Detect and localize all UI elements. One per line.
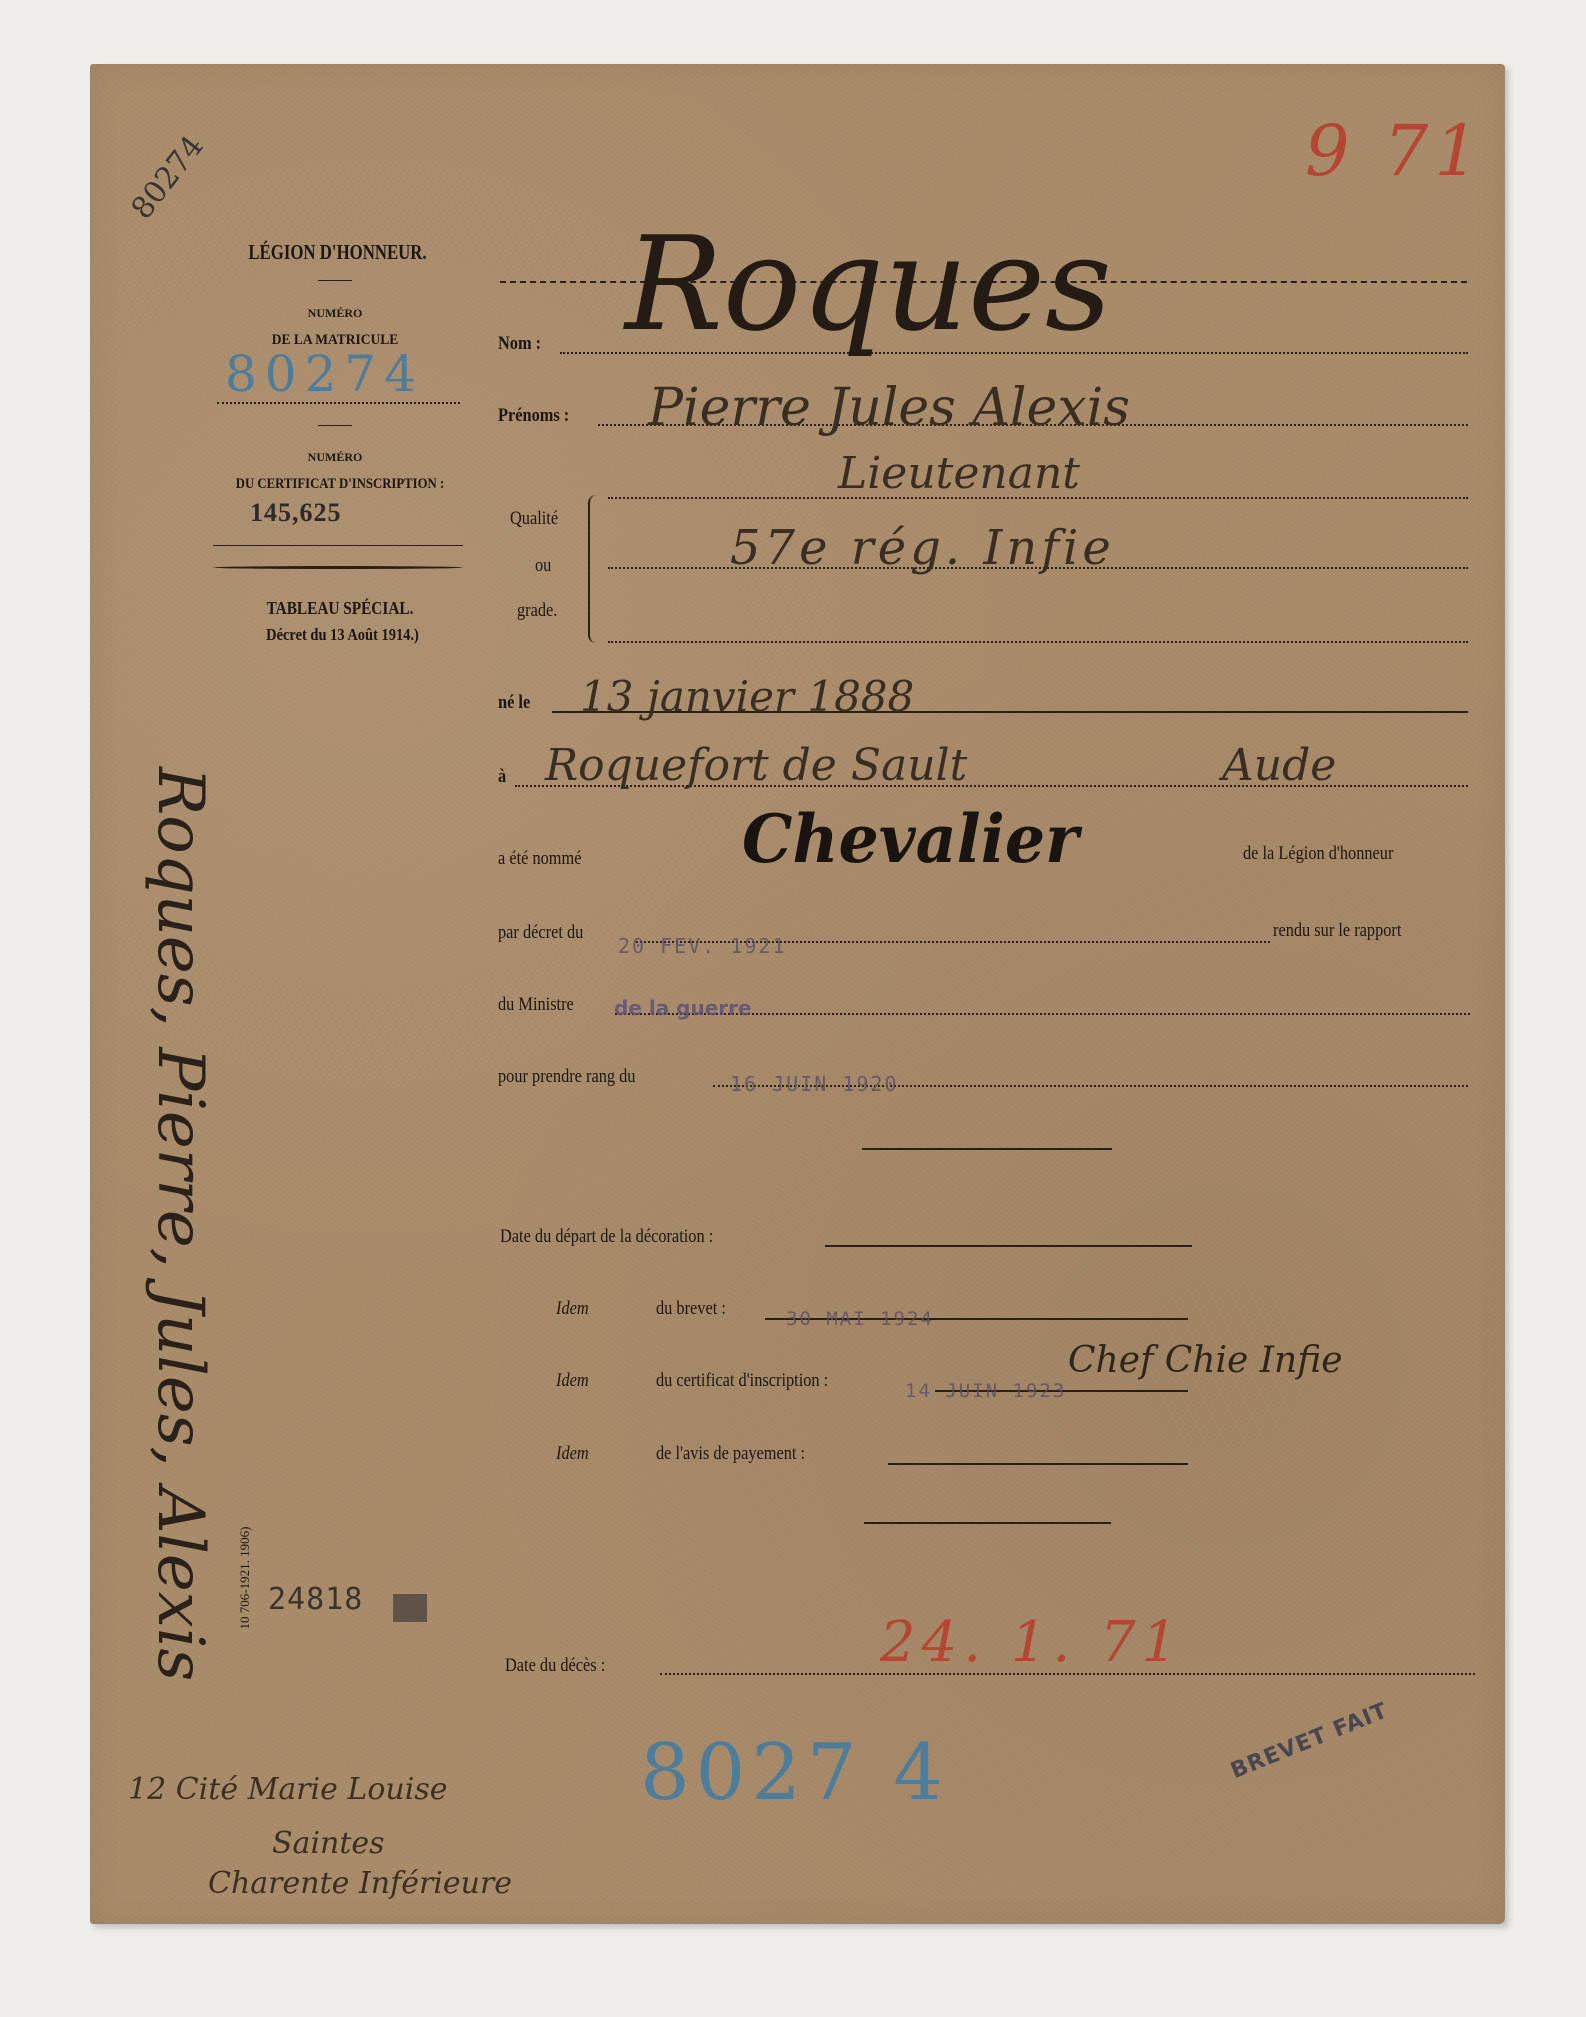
qualite-label-3: grade. xyxy=(517,600,557,622)
stamp-block xyxy=(393,1594,427,1622)
avis-idem: Idem xyxy=(556,1443,589,1465)
qualite-bracket xyxy=(588,495,600,643)
decret-label: Décret du 13 Août 1914.) xyxy=(221,625,463,645)
rang-stamp: 16 JUIN 1920 xyxy=(730,1072,899,1096)
address-line-2: Saintes xyxy=(272,1826,385,1861)
legion-honneur-title: LÉGION D'HONNEUR. xyxy=(232,240,444,265)
nomme-suffix: de la Légion d'honneur xyxy=(1243,843,1393,865)
divider xyxy=(318,425,352,426)
ministre-stamp: de la guerre xyxy=(614,996,752,1020)
rang-label: pour prendre rang du xyxy=(498,1066,635,1088)
decret-stamp: 20 FEV. 1921 xyxy=(618,934,787,958)
depart-line xyxy=(825,1245,1192,1247)
certificat-stamp: 14 JUIN 1923 xyxy=(905,1380,1066,1402)
lieu-label: à xyxy=(498,766,506,788)
ne-le-label: né le xyxy=(498,692,530,714)
address-line-1: 12 Cité Marie Louise xyxy=(128,1772,447,1807)
section-divider-2 xyxy=(864,1522,1111,1524)
qualite-line-3 xyxy=(608,641,1468,643)
vertical-small-print: 10 706-1921. 1906) xyxy=(237,1508,253,1648)
certificat-note: Chef Chie Infie xyxy=(1068,1340,1343,1381)
brevet-stamp: 30 MAI 1924 xyxy=(786,1308,934,1330)
nom-label: Nom : xyxy=(498,333,541,355)
lieu-value: Roquefort de Sault xyxy=(545,740,967,791)
stamp-number: 24818 xyxy=(268,1582,363,1617)
qualite-value-2: 57e rég. Infie xyxy=(730,520,1115,576)
nom-value: Roques xyxy=(625,208,1112,360)
vertical-name: Roques, Pierre, Jules, Alexis xyxy=(143,767,217,1667)
prenoms-value: Pierre Jules Alexis xyxy=(648,378,1130,438)
matricule-value: 80274 xyxy=(225,345,424,403)
grade-chevalier: Chevalier xyxy=(742,800,1079,878)
divider-ornament xyxy=(213,566,463,569)
certificat-value: 145,625 xyxy=(250,498,342,528)
decret-suffix: rendu sur le rapport xyxy=(1273,920,1401,942)
departement-value: Aude xyxy=(1222,740,1336,791)
address-line-3: Charente Inférieure xyxy=(208,1866,512,1901)
ne-le-value: 13 janvier 1888 xyxy=(580,672,914,721)
matricule-label-1: NUMÉRO xyxy=(255,306,415,321)
nomme-label: a été nommé xyxy=(498,848,581,870)
blue-number-bottom: 8027 4 xyxy=(640,1728,949,1818)
divider xyxy=(213,545,463,546)
ministre-label: du Ministre xyxy=(498,994,574,1016)
deces-label: Date du décès : xyxy=(505,1655,605,1677)
divider xyxy=(318,280,352,281)
decret-label: par décret du xyxy=(498,922,583,944)
certificat-idem: Idem xyxy=(556,1370,589,1392)
matricule-line xyxy=(217,402,460,404)
qualite-label-2: ou xyxy=(535,555,551,577)
brevet-idem: Idem xyxy=(556,1298,589,1320)
deces-value: 24. 1. 71 xyxy=(880,1610,1183,1675)
top-right-red-number: 9 71 xyxy=(1305,110,1485,192)
depart-label: Date du départ de la décoration : xyxy=(500,1226,713,1248)
certificat-label-2: DU CERTIFICAT D'INSCRIPTION : xyxy=(217,476,464,493)
avis-label: de l'avis de payement : xyxy=(656,1443,805,1465)
avis-line xyxy=(888,1463,1188,1465)
qualite-value-1: Lieutenant xyxy=(838,448,1080,499)
certificat-label-1: NUMÉRO xyxy=(255,450,415,465)
qualite-label-1: Qualité xyxy=(510,508,558,530)
brevet-label: du brevet : xyxy=(656,1298,726,1320)
section-divider xyxy=(862,1148,1112,1150)
prenoms-label: Prénoms : xyxy=(498,405,569,427)
certificat-label: du certificat d'inscription : xyxy=(656,1370,828,1392)
tableau-special-label: TABLEAU SPÉCIAL. xyxy=(234,598,447,619)
